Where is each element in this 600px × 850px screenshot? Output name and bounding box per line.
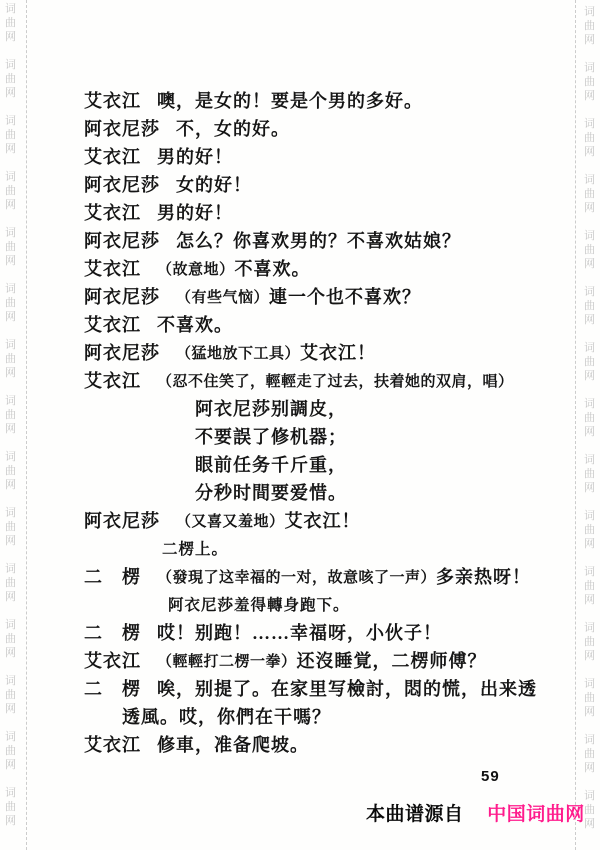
watermark-group: 词曲网 — [584, 733, 595, 775]
watermark-char: 词 — [584, 61, 595, 75]
watermark-char: 网 — [584, 313, 595, 327]
watermark-char: 曲 — [5, 408, 16, 422]
watermark-char: 词 — [5, 562, 16, 576]
watermark-char: 曲 — [5, 744, 16, 758]
speaker-name: 阿衣尼莎 — [84, 339, 160, 365]
script-line: 艾衣江（故意地）不喜欢。 — [84, 254, 576, 282]
watermark-char: 词 — [584, 229, 595, 243]
watermark-char: 网 — [5, 86, 16, 100]
footer-source-label: 本曲谱源自 — [366, 804, 464, 825]
watermark-group: 词曲网 — [584, 5, 595, 47]
script-line: 分秒时間要爱惜。 — [84, 478, 576, 506]
watermark-char: 词 — [584, 117, 595, 131]
watermark-char: 网 — [5, 254, 16, 268]
watermark-char: 网 — [5, 478, 16, 492]
watermark-char: 曲 — [5, 800, 16, 814]
script-line: 艾衣江（輕輕打二楞一拳）还沒睡覚，二楞师傅？ — [84, 646, 576, 674]
watermark-char: 词 — [5, 2, 16, 16]
watermark-char: 词 — [584, 453, 595, 467]
watermark-char: 网 — [584, 649, 595, 663]
speaker-name: 艾衣江 — [84, 143, 141, 169]
watermark-char: 网 — [5, 646, 16, 660]
watermark-char: 网 — [5, 422, 16, 436]
watermark-group: 词曲网 — [5, 114, 16, 156]
watermark-group: 词曲网 — [5, 562, 16, 604]
watermark-group: 词曲网 — [5, 730, 16, 772]
watermark-char: 网 — [5, 198, 16, 212]
watermark-group: 词曲网 — [584, 621, 595, 663]
watermark-group: 词曲网 — [5, 618, 16, 660]
watermark-char: 曲 — [584, 19, 595, 33]
watermark-char: 网 — [5, 30, 16, 44]
watermark-char: 词 — [5, 786, 16, 800]
speaker-name: 艾衣江 — [84, 647, 141, 673]
script-line: 阿衣尼莎（猛地放下工具）艾衣江！ — [84, 338, 576, 366]
watermark-group: 词曲网 — [5, 506, 16, 548]
watermark-char: 曲 — [584, 299, 595, 313]
watermark-column-left: 词曲网词曲网词曲网词曲网词曲网词曲网词曲网词曲网词曲网词曲网词曲网词曲网词曲网词… — [5, 2, 16, 828]
speaker-name: 阿衣尼莎 — [84, 115, 160, 141]
line-text: 多亲热呀！ — [436, 563, 531, 589]
watermark-char: 网 — [584, 33, 595, 47]
script-line: 不要誤了修机器； — [84, 422, 576, 450]
watermark-char: 词 — [584, 789, 595, 803]
line-text: 阿衣尼莎羞得轉身跑下。 — [168, 593, 350, 615]
stage-direction: （猛地放下工具） — [176, 342, 300, 363]
watermark-char: 网 — [5, 590, 16, 604]
script-line: 眼前任务千斤重， — [84, 450, 576, 478]
watermark-char: 词 — [584, 341, 595, 355]
watermark-char: 词 — [5, 674, 16, 688]
watermark-char: 曲 — [5, 240, 16, 254]
watermark-group: 词曲网 — [5, 2, 16, 44]
line-text: 不，女的好。 — [176, 115, 290, 141]
script-line: 艾衣江（忍不住笑了，輕輕走了过去，扶着她的双肩，唱） — [84, 366, 576, 394]
watermark-group: 词曲网 — [584, 397, 595, 439]
speaker-name: 艾衣江 — [84, 199, 141, 225]
speaker-name: 二 楞 — [84, 675, 141, 701]
line-text: 噢，是女的！要是个男的多好。 — [157, 87, 423, 113]
script-line: 二 楞哎！别跑！……幸福呀，小伙子！ — [84, 618, 576, 646]
watermark-group: 词曲网 — [5, 674, 16, 716]
watermark-char: 网 — [584, 201, 595, 215]
line-text: 修車，准备爬坡。 — [157, 731, 309, 757]
watermark-char: 网 — [584, 593, 595, 607]
speaker-name: 艾衣江 — [84, 731, 141, 757]
script-line: 艾衣江修車，准备爬坡。 — [84, 730, 576, 758]
script-lines: 艾衣江噢，是女的！要是个男的多好。阿衣尼莎不，女的好。艾衣江男的好！阿衣尼莎女的… — [84, 86, 576, 758]
watermark-char: 曲 — [584, 803, 595, 817]
watermark-char: 曲 — [5, 128, 16, 142]
speaker-name: 阿衣尼莎 — [84, 507, 160, 533]
watermark-char: 词 — [5, 450, 16, 464]
watermark-group: 词曲网 — [5, 282, 16, 324]
line-text: 艾衣江！ — [300, 339, 376, 365]
watermark-char: 曲 — [5, 352, 16, 366]
speaker-name: 艾衣江 — [84, 87, 141, 113]
watermark-char: 曲 — [584, 635, 595, 649]
watermark-char: 网 — [584, 537, 595, 551]
speaker-name: 二 楞 — [84, 563, 141, 589]
speaker-name: 阿衣尼莎 — [84, 171, 160, 197]
watermark-group: 词曲网 — [584, 453, 595, 495]
watermark-char: 曲 — [584, 243, 595, 257]
watermark-char: 词 — [5, 730, 16, 744]
watermark-group: 词曲网 — [5, 786, 16, 828]
watermark-char: 曲 — [584, 355, 595, 369]
script-line: 二 楞唉，别提了。在家里写檢討，悶的慌，出来透 — [84, 674, 576, 702]
script-line: 透風。哎，你們在干嗎？ — [84, 702, 576, 730]
speaker-name: 阿衣尼莎 — [84, 227, 160, 253]
watermark-char: 曲 — [584, 75, 595, 89]
watermark-char: 网 — [584, 257, 595, 271]
watermark-char: 网 — [584, 369, 595, 383]
line-text: 不喜欢。 — [235, 255, 311, 281]
watermark-char: 网 — [5, 702, 16, 716]
line-text: 男的好！ — [157, 199, 233, 225]
script-line: 阿衣尼莎羞得轉身跑下。 — [84, 590, 576, 618]
stage-direction: （忍不住笑了，輕輕走了过去，扶着她的双肩，唱） — [157, 370, 514, 391]
watermark-char: 曲 — [584, 411, 595, 425]
watermark-char: 曲 — [5, 464, 16, 478]
watermark-char: 词 — [584, 621, 595, 635]
watermark-char: 网 — [584, 481, 595, 495]
watermark-char: 词 — [584, 285, 595, 299]
speaker-name: 艾衣江 — [84, 311, 141, 337]
watermark-char: 曲 — [584, 523, 595, 537]
watermark-char: 网 — [5, 534, 16, 548]
watermark-char: 词 — [584, 5, 595, 19]
stage-direction: （發現了这幸福的一对，故意咳了一声） — [157, 566, 436, 587]
watermark-group: 词曲网 — [584, 61, 595, 103]
watermark-char: 曲 — [5, 296, 16, 310]
line-text: 艾衣江！ — [285, 507, 361, 533]
watermark-char: 网 — [584, 425, 595, 439]
script-line: 阿衣尼莎别調皮， — [84, 394, 576, 422]
line-text: 不喜欢。 — [157, 311, 233, 337]
watermark-char: 曲 — [584, 691, 595, 705]
watermark-group: 词曲网 — [584, 677, 595, 719]
script-line: 阿衣尼莎怎么？你喜欢男的？不喜欢姑娘？ — [84, 226, 576, 254]
watermark-group: 词曲网 — [5, 170, 16, 212]
watermark-char: 词 — [5, 114, 16, 128]
watermark-group: 词曲网 — [5, 226, 16, 268]
watermark-char: 曲 — [5, 184, 16, 198]
line-text: 眼前任务千斤重， — [195, 451, 347, 477]
line-text: 还沒睡覚，二楞师傅？ — [297, 647, 487, 673]
watermark-group: 词曲网 — [584, 789, 595, 831]
speaker-name: 阿衣尼莎 — [84, 283, 160, 309]
watermark-char: 网 — [584, 89, 595, 103]
watermark-group: 词曲网 — [584, 173, 595, 215]
watermark-char: 曲 — [584, 747, 595, 761]
line-text: 唉，别提了。在家里写檢討，悶的慌，出来透 — [157, 675, 537, 701]
watermark-group: 词曲网 — [584, 341, 595, 383]
script-line: 二 楞（發現了这幸福的一对，故意咳了一声）多亲热呀！ — [84, 562, 576, 590]
watermark-char: 曲 — [5, 72, 16, 86]
watermark-group: 词曲网 — [584, 229, 595, 271]
speaker-name: 艾衣江 — [84, 255, 141, 281]
script-line: 阿衣尼莎（又喜又羞地）艾衣江！ — [84, 506, 576, 534]
script-line: 艾衣江不喜欢。 — [84, 310, 576, 338]
watermark-char: 网 — [5, 758, 16, 772]
watermark-char: 词 — [5, 282, 16, 296]
script-line: 艾衣江噢，是女的！要是个男的多好。 — [84, 86, 576, 114]
watermark-char: 曲 — [584, 579, 595, 593]
watermark-char: 曲 — [584, 131, 595, 145]
watermark-group: 词曲网 — [5, 394, 16, 436]
stage-direction: （輕輕打二楞一拳） — [157, 650, 297, 671]
watermark-char: 曲 — [5, 688, 16, 702]
watermark-group: 词曲网 — [5, 450, 16, 492]
watermark-char: 曲 — [584, 467, 595, 481]
line-text: 男的好！ — [157, 143, 233, 169]
stage-direction: （又喜又羞地） — [176, 510, 285, 531]
line-text: 不要誤了修机器； — [195, 423, 347, 449]
watermark-char: 词 — [584, 173, 595, 187]
speaker-name: 二 楞 — [84, 619, 141, 645]
watermark-char: 网 — [584, 145, 595, 159]
watermark-char: 词 — [5, 618, 16, 632]
line-text: 連一个也不喜欢？ — [269, 283, 421, 309]
stage-direction: （有些气恼） — [176, 286, 269, 307]
watermark-char: 词 — [584, 509, 595, 523]
line-text: 分秒时間要爱惜。 — [195, 479, 347, 505]
watermark-char: 网 — [5, 310, 16, 324]
watermark-char: 网 — [5, 142, 16, 156]
footer-attribution: 本曲谱源自 中国词曲网 — [366, 799, 585, 826]
watermark-char: 词 — [5, 394, 16, 408]
line-text: 阿衣尼莎别調皮， — [195, 395, 347, 421]
watermark-group: 词曲网 — [584, 565, 595, 607]
watermark-char: 曲 — [584, 187, 595, 201]
watermark-char: 网 — [5, 814, 16, 828]
watermark-char: 词 — [5, 170, 16, 184]
line-text: 哎！别跑！……幸福呀，小伙子！ — [157, 619, 442, 645]
watermark-char: 词 — [5, 338, 16, 352]
watermark-group: 词曲网 — [584, 509, 595, 551]
script-line: 阿衣尼莎不，女的好。 — [84, 114, 576, 142]
watermark-char: 网 — [584, 817, 595, 831]
footer-site-name: 中国词曲网 — [487, 804, 585, 825]
script-line: 阿衣尼莎女的好！ — [84, 170, 576, 198]
page-number: 59 — [481, 768, 500, 785]
watermark-group: 词曲网 — [584, 117, 595, 159]
watermark-char: 曲 — [5, 576, 16, 590]
scanned-script-page: 词曲网词曲网词曲网词曲网词曲网词曲网词曲网词曲网词曲网词曲网词曲网词曲网词曲网词… — [0, 0, 600, 850]
watermark-char: 词 — [584, 565, 595, 579]
script-line: 艾衣江男的好！ — [84, 142, 576, 170]
watermark-char: 网 — [584, 761, 595, 775]
watermark-char: 曲 — [5, 16, 16, 30]
script-line: 二楞上。 — [84, 534, 576, 562]
watermark-char: 词 — [5, 226, 16, 240]
line-text: 怎么？你喜欢男的？不喜欢姑娘？ — [176, 227, 461, 253]
watermark-char: 曲 — [5, 632, 16, 646]
watermark-char: 曲 — [5, 520, 16, 534]
speaker-name: 艾衣江 — [84, 367, 141, 393]
line-text: 透風。哎，你們在干嗎？ — [122, 703, 331, 729]
script-line: 艾衣江男的好！ — [84, 198, 576, 226]
watermark-char: 词 — [584, 733, 595, 747]
watermark-column-right: 词曲网词曲网词曲网词曲网词曲网词曲网词曲网词曲网词曲网词曲网词曲网词曲网词曲网词… — [584, 5, 595, 831]
script-line: 阿衣尼莎（有些气恼）連一个也不喜欢？ — [84, 282, 576, 310]
watermark-char: 词 — [5, 506, 16, 520]
watermark-group: 词曲网 — [5, 58, 16, 100]
watermark-char: 词 — [584, 677, 595, 691]
watermark-char: 词 — [584, 397, 595, 411]
watermark-group: 词曲网 — [5, 338, 16, 380]
watermark-char: 网 — [5, 366, 16, 380]
line-text: 二楞上。 — [162, 537, 228, 559]
dashed-border-left-line — [26, 0, 27, 850]
watermark-group: 词曲网 — [584, 285, 595, 327]
watermark-char: 词 — [5, 58, 16, 72]
watermark-char: 网 — [584, 705, 595, 719]
stage-direction: （故意地） — [157, 258, 235, 279]
line-text: 女的好！ — [176, 171, 252, 197]
